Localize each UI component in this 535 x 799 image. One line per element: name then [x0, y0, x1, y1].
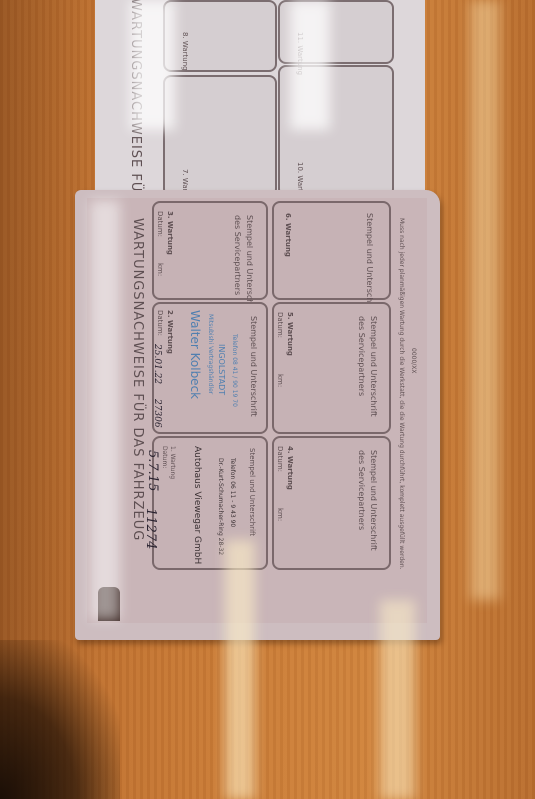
- entry-1-km: 11274: [143, 508, 158, 549]
- light-stripe: [470, 0, 500, 600]
- entry-box-5: 5. Wartung Datum: km: Stempel und Unters…: [272, 302, 391, 434]
- entry-box-3: 3. Wartung Datum: km: Stempel und Unters…: [152, 201, 268, 300]
- back-box-8: 8. Wartung: [163, 0, 277, 72]
- dealer-1-name: Autohaus Viewegar GmbH: [192, 446, 202, 564]
- footer-note: Muss nach jeder planmäßigen Wartung durc…: [398, 218, 405, 570]
- entry-box-6: 6. Wartung Stempel und Unterschrift: [272, 201, 391, 300]
- entry-2-date: 25.01.22: [152, 344, 162, 384]
- light-stripe: [90, 200, 120, 620]
- entry-box-4: 4. Wartung Datum: km: Stempel und Unters…: [272, 436, 391, 570]
- entry-1-date: 5.7.15: [145, 450, 160, 491]
- page-code: 0000/XX: [410, 348, 417, 374]
- page-title: WARTUNGSNACHWEISE FÜR DAS FAHRZEUG: [130, 218, 145, 541]
- back-box-7: 7. Wartung: [163, 75, 277, 197]
- entry-box-2: 2. Wartung Datum: 25.01.22 27306 Walter …: [152, 302, 268, 434]
- dark-shadow: [0, 640, 120, 799]
- light-stripe: [290, 0, 330, 130]
- light-stripe: [225, 540, 255, 799]
- light-stripe: [380, 600, 415, 799]
- service-booklet: WARTUNGSNACHWEISE FÜR DAS FAHRZEUG 3. Wa…: [75, 190, 440, 640]
- booklet-page: WARTUNGSNACHWEISE FÜR DAS FAHRZEUG 3. Wa…: [87, 198, 427, 623]
- entry-2-km: 27306: [152, 399, 162, 428]
- dealer-2-name: Walter Kolbeck: [188, 310, 202, 399]
- light-stripe: [130, 0, 175, 130]
